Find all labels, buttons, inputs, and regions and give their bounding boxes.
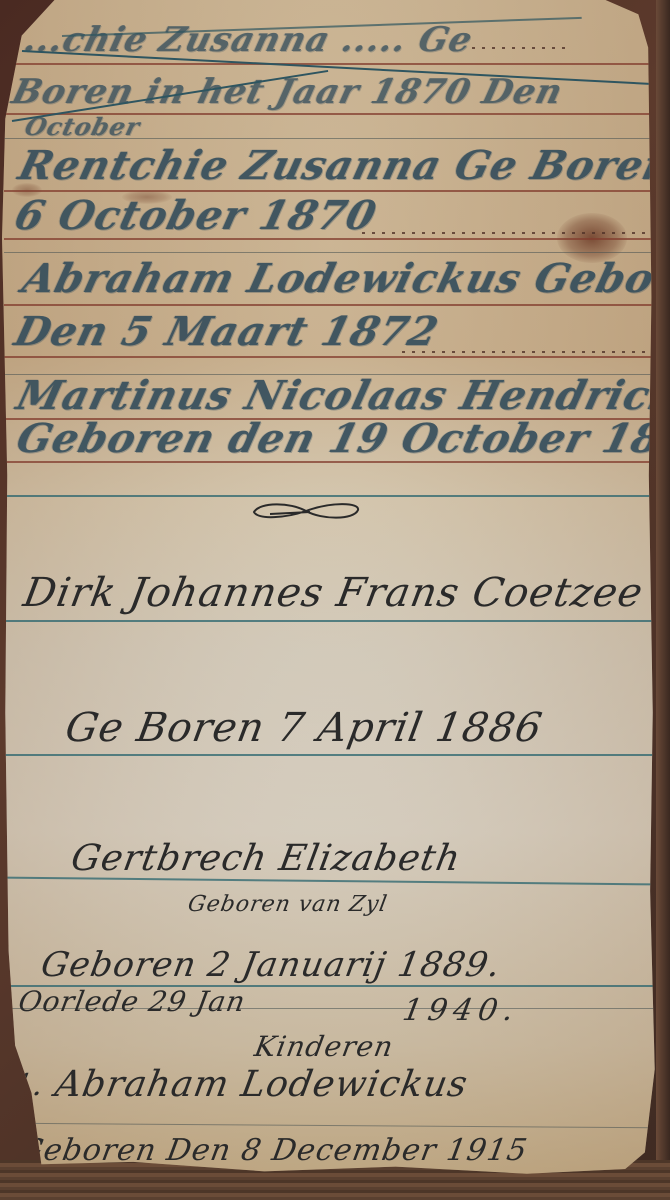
flourish-ornament-icon [250,500,362,522]
ruled-line [4,495,654,497]
wife-birth-line: Geboren 2 Januarij 1889. [38,945,504,985]
husband-name: Dirk Johannes Frans Coetzee [20,570,647,616]
wife-death-year: 1940. [400,993,522,1028]
child-1-name: Abraham Lodewickus [52,1064,471,1105]
ruled-line [4,252,654,253]
child-1-number: 1. [10,1068,47,1103]
wife-name: Gertbrech Elizabeth [68,838,464,879]
register-page: ...chie Zusanna ..... Ge Boren in het Ja… [2,0,658,1188]
ruled-line [4,754,654,756]
entry-1-name-line: Rentchie Zusanna Ge Boren den [14,142,670,189]
entry-2-date-line: Den 5 Maart 1872 [10,308,444,355]
husband-birth-line: Ge Boren 7 April 1886 [62,705,546,751]
ruled-line [4,356,654,358]
dotted-leader [472,47,572,49]
ruled-line [4,620,654,622]
entry-1-date-line: 6 October 1870 [10,192,382,239]
wife-maiden-name: Geboren van Zyl [186,892,389,917]
ruled-line [4,63,654,65]
children-heading: Kinderen [252,1030,396,1063]
child-1-birth-line: Geboren Den 8 December 1915 [16,1133,530,1168]
entry-3-name-line: Martinus Nicolaas Hendrick [12,372,670,419]
ruled-line [4,1123,654,1129]
wife-death-label: Oorlede 29 Jan [16,985,248,1018]
dotted-leader [402,351,652,353]
ruled-line [4,304,654,306]
wood-background-right [656,0,670,1200]
entry-3-date-line: Geboren den 19 October 1874 [12,415,670,462]
dotted-leader [362,232,652,234]
entry-2-name-line: Abraham Lodewickus Geboren [18,255,670,302]
